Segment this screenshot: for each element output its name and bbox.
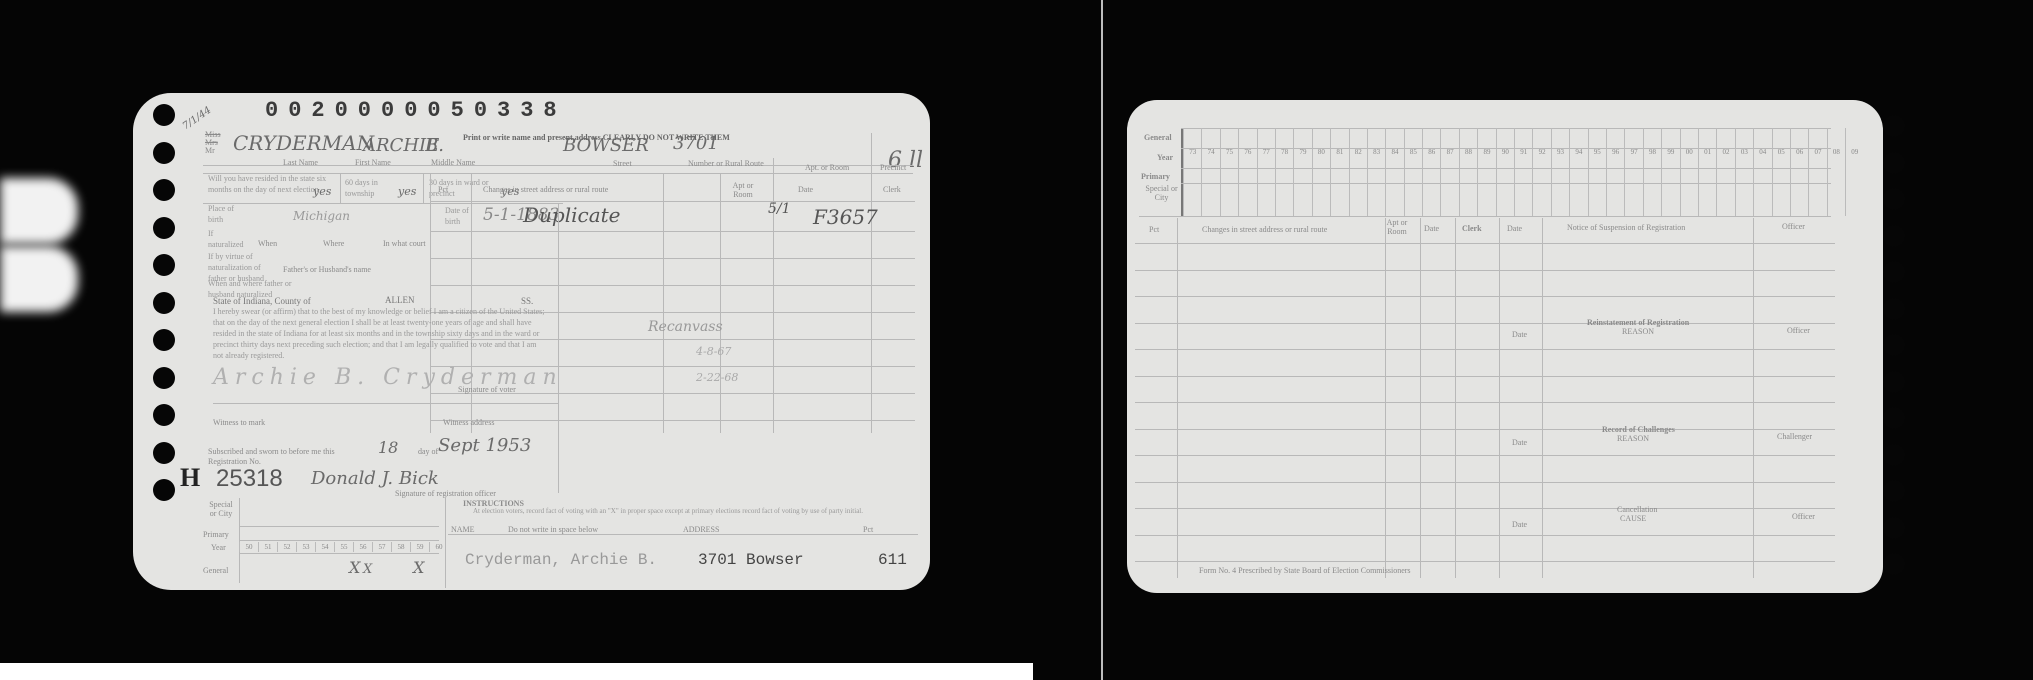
place-of-birth-value: Michigan	[293, 209, 350, 223]
grid-label-general: General	[1144, 133, 1172, 142]
subscribed-month-year: Sept 1953	[438, 435, 531, 456]
cancellation-officer-label: Officer	[1792, 512, 1815, 521]
grid-label-year: Year	[211, 543, 226, 552]
change-entry-clerk: F3657	[813, 205, 878, 229]
first-name-label: First Name	[355, 158, 391, 167]
year-cell: 97	[1624, 128, 1642, 216]
punch-hole	[153, 179, 175, 201]
suspension-title: Notice of Suspension of Registration	[1567, 223, 1685, 232]
table-row-line	[1135, 482, 1835, 483]
typed-address: 3701 Bowser	[698, 551, 804, 569]
number-label: Number or Rural Route	[688, 159, 764, 168]
year-cell: 51	[258, 542, 277, 552]
footer-name-label: NAME	[451, 525, 475, 534]
punch-hole	[153, 442, 175, 464]
official-signature: Donald J. Bick	[311, 468, 439, 489]
challenges-challenger-label: Challenger	[1777, 432, 1812, 441]
naturalized-where-label: Where	[323, 239, 344, 248]
year-cell: 82	[1349, 128, 1367, 216]
year-cell: 50	[239, 542, 258, 552]
last-name-value: CRYDERMAN	[233, 131, 374, 155]
year-cell: 89	[1477, 128, 1495, 216]
punch-hole	[1883, 188, 1905, 210]
subscribed-day-label: day of	[418, 447, 438, 456]
serial-number: 0020000050338	[265, 98, 567, 123]
year-cell: 88	[1459, 128, 1477, 216]
grid-label-special: Special or City	[1144, 184, 1179, 202]
punch-hole	[153, 142, 175, 164]
grid-label-year: Year	[1157, 153, 1173, 162]
registration-card-back: General Year Primary Special or City 737…	[1127, 100, 1883, 593]
year-cell: 58	[391, 542, 410, 552]
back-voting-grid: General Year Primary Special or City 737…	[1139, 128, 1829, 218]
cancellation-date-label: Date	[1512, 520, 1527, 529]
punch-hole	[153, 329, 175, 351]
reinstatement-officer-label: Officer	[1787, 326, 1810, 335]
table-row-line	[1135, 270, 1835, 271]
naturalized-court-label: In what court	[383, 239, 426, 248]
general-vote-mark: X	[349, 558, 360, 577]
punch-hole	[1883, 371, 1905, 393]
frame-divider-line	[1101, 0, 1103, 680]
registration-number: 25318	[216, 465, 283, 493]
year-cell: 93	[1551, 128, 1569, 216]
naturalized-label: If naturalized	[208, 228, 248, 250]
change-entry-apt: 5/1	[768, 201, 791, 217]
year-cell: 76	[1238, 128, 1256, 216]
change-entry-duplicate: Duplicate	[523, 203, 621, 227]
year-cell: 73	[1183, 128, 1201, 216]
changes-header-pct: Pct	[438, 185, 448, 194]
year-cell: 04	[1753, 128, 1771, 216]
township-value: yes	[398, 185, 416, 198]
punch-hole	[1883, 407, 1905, 429]
year-cell: 02	[1716, 128, 1734, 216]
changes-header-clerk: Clerk	[883, 185, 901, 194]
year-cell: 80	[1312, 128, 1330, 216]
suspension-date-label: Date	[1507, 224, 1522, 233]
punch-hole	[1883, 298, 1905, 320]
year-cell: 09	[1845, 128, 1863, 216]
house-number-value: 3701	[673, 133, 719, 154]
last-name-label: Last Name	[283, 158, 318, 167]
punch-hole	[1883, 480, 1905, 502]
table-row-line	[1135, 508, 1835, 509]
year-cell: 05	[1772, 128, 1790, 216]
corner-note: 7/1/44	[181, 105, 214, 132]
apt-label: Apt. or Room	[805, 163, 849, 172]
township-label: 60 days in township	[345, 177, 395, 199]
blurred-object	[0, 178, 78, 244]
year-cell: 79	[1293, 128, 1311, 216]
table-row-line	[1135, 376, 1835, 377]
subscribed-day: 18	[378, 438, 398, 457]
back-changes-header-change: Changes in street address or rural route	[1202, 225, 1327, 234]
reinstatement-reason-label: REASON	[1622, 327, 1654, 336]
general-vote-mark: X	[413, 558, 424, 577]
table-row-line	[1135, 429, 1835, 430]
state-county-label: State of Indiana, County of	[213, 296, 311, 306]
year-cell: 90	[1496, 128, 1514, 216]
punch-hole	[1883, 115, 1905, 137]
footer-address-label: ADDRESS	[683, 525, 719, 534]
letter-code: H	[180, 463, 200, 493]
grid-label-primary: Primary	[203, 530, 229, 539]
typed-pct: 611	[878, 551, 907, 569]
voter-signature-label: Signature of voter	[458, 385, 516, 394]
naturalized-when-label: When	[258, 239, 277, 248]
year-cell: 78	[1275, 128, 1293, 216]
year-cell: 55	[334, 542, 353, 552]
front-voting-grid: Special or City Primary Year General 505…	[201, 498, 436, 583]
year-cell: 86	[1422, 128, 1440, 216]
year-cell: 98	[1643, 128, 1661, 216]
state-residence-label: Will you have resided in the state six m…	[208, 173, 328, 195]
general-vote-mark: X	[363, 562, 372, 577]
witness-address-label: Witness address	[443, 418, 494, 427]
change-entry-date-1: 4-8-67	[696, 345, 731, 358]
suspension-officer-label: Officer	[1782, 222, 1805, 231]
instructions-text: At election voters, record fact of votin…	[473, 507, 873, 515]
challenges-reason-label: REASON	[1617, 434, 1649, 443]
change-entry-recanvass: Recanvass	[648, 319, 723, 335]
year-cell: 57	[372, 542, 391, 552]
year-cell: 59	[410, 542, 429, 552]
year-cell: 91	[1514, 128, 1532, 216]
punch-hole	[153, 217, 175, 239]
year-cell: 84	[1385, 128, 1403, 216]
table-row-line	[1135, 535, 1835, 536]
changes-header-date: Date	[798, 185, 813, 194]
punch-hole	[1883, 517, 1905, 539]
year-cell: 95	[1588, 128, 1606, 216]
table-row-line	[1135, 349, 1835, 350]
year-cell: 06	[1790, 128, 1808, 216]
county-value: ALLEN	[385, 295, 415, 305]
street-value: BOWSER	[563, 135, 649, 156]
year-cell: 74	[1201, 128, 1219, 216]
year-cell: 83	[1367, 128, 1385, 216]
challenges-date-label: Date	[1512, 438, 1527, 447]
year-cell: 01	[1698, 128, 1716, 216]
cancellation-title: Cancellation	[1617, 505, 1657, 514]
cancellation-cause-label: CAUSE	[1620, 514, 1646, 523]
year-cell: 52	[277, 542, 296, 552]
punch-hole	[1883, 225, 1905, 247]
punch-hole	[153, 404, 175, 426]
date-of-birth-label: Date of birth	[445, 205, 481, 227]
changes-header-apt: Apt or Room	[723, 181, 763, 199]
punch-hole	[1883, 152, 1905, 174]
year-cell: 54	[315, 542, 334, 552]
footer-do-not-write: Do not write in space below	[508, 525, 598, 534]
year-cell: 56	[353, 542, 372, 552]
salutation-options: Miss Mrs Mr	[205, 131, 221, 155]
back-changes-header-apt: Apt or Room	[1382, 218, 1412, 236]
official-signature-label: Signature of registration officer	[395, 489, 496, 498]
table-row-line	[1135, 243, 1835, 244]
year-cell: 03	[1735, 128, 1753, 216]
typed-name: Cryderman, Archie B.	[465, 551, 657, 569]
year-cell: 08	[1827, 128, 1845, 216]
year-cell: 00	[1680, 128, 1698, 216]
year-cell: 87	[1440, 128, 1458, 216]
state-residence-value: yes	[313, 185, 331, 198]
back-changes-header-date: Date	[1424, 224, 1439, 233]
year-cell: 96	[1606, 128, 1624, 216]
reinstatement-date-label: Date	[1512, 330, 1527, 339]
reinstatement-title: Reinstatement of Registration	[1587, 318, 1689, 327]
year-cell: 75	[1220, 128, 1238, 216]
grid-label-primary: Primary	[1141, 172, 1170, 181]
father-name-label: Father's or Husband's name	[283, 265, 371, 274]
blurred-object	[0, 246, 78, 312]
back-changes-header-clerk: Clerk	[1462, 224, 1482, 233]
place-of-birth-label: Place of birth	[208, 203, 248, 225]
ss-label: SS.	[521, 296, 533, 306]
witness-mark-label: Witness to mark	[213, 418, 265, 427]
punch-hole	[153, 367, 175, 389]
year-cell: 81	[1330, 128, 1348, 216]
punch-hole	[153, 254, 175, 276]
changes-header-change: Changes in street address or rural route	[483, 185, 608, 194]
table-row-line	[1135, 402, 1835, 403]
street-label: Street	[613, 159, 632, 168]
year-cell: 07	[1808, 128, 1826, 216]
challenges-title: Record of Challenges	[1602, 425, 1675, 434]
middle-name-value: B.	[425, 135, 444, 156]
year-cell: 77	[1257, 128, 1275, 216]
white-strip	[0, 663, 1033, 680]
footer-pct-label: Pct	[863, 525, 873, 534]
table-row-line	[1135, 561, 1835, 562]
form-note: Form No. 4 Prescribed by State Board of …	[1199, 566, 1411, 575]
punch-hole	[1883, 261, 1905, 283]
year-cell: 53	[296, 542, 315, 552]
oath-text: I hereby swear (or affirm) that to the b…	[213, 306, 548, 361]
punch-hole	[1883, 553, 1905, 575]
table-row-line	[1135, 323, 1835, 324]
back-changes-header-pct: Pct	[1149, 225, 1159, 234]
middle-name-label: Middle Name	[431, 158, 475, 167]
punch-hole	[1883, 334, 1905, 356]
punch-hole	[1883, 444, 1905, 466]
grid-label-general: General	[203, 566, 228, 575]
punch-hole	[153, 292, 175, 314]
punch-hole	[153, 479, 175, 501]
year-cell: 92	[1532, 128, 1550, 216]
change-entry-date-2: 2-22-68	[696, 371, 738, 384]
year-cell: 99	[1661, 128, 1679, 216]
grid-label-special: Special or City	[206, 500, 236, 518]
punch-hole	[153, 104, 175, 126]
year-cell: 85	[1404, 128, 1422, 216]
table-row-line	[1135, 455, 1835, 456]
registration-card-front: 7/1/44 0020000050338 Print or write name…	[133, 93, 930, 590]
subscribed-label: Subscribed and sworn to before me this	[208, 447, 335, 456]
table-row-line	[1135, 296, 1835, 297]
precinct-label: Precinct	[880, 163, 906, 172]
year-cell: 94	[1569, 128, 1587, 216]
